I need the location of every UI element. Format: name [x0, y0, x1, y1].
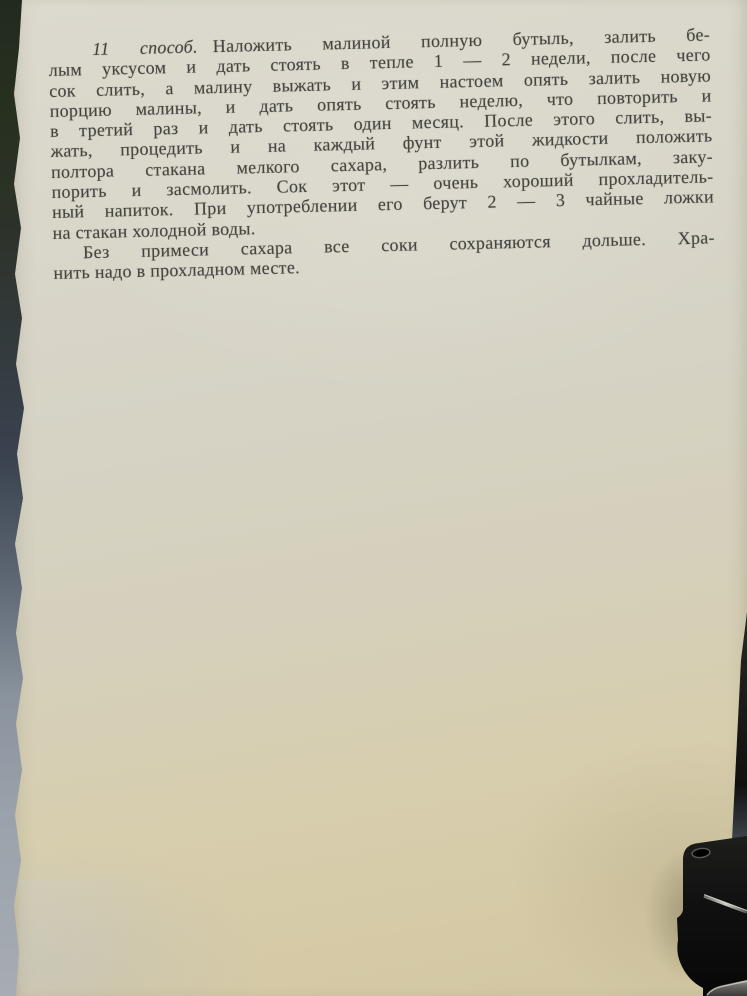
page-text: 11 способ.Наложить малиной полную бутыль… — [48, 24, 716, 283]
photo-of-book-page: 11 способ.Наложить малиной полную бутыль… — [0, 0, 747, 996]
paper-crease-highlight — [20, 880, 210, 996]
paragraph-1-body: лым уксусом и дать стоять в тепле 1 — 2 … — [48, 45, 714, 223]
binder-clip-body — [677, 836, 747, 996]
binder-clip — [620, 820, 747, 996]
recipe-method-number: 11 способ. — [92, 36, 198, 58]
